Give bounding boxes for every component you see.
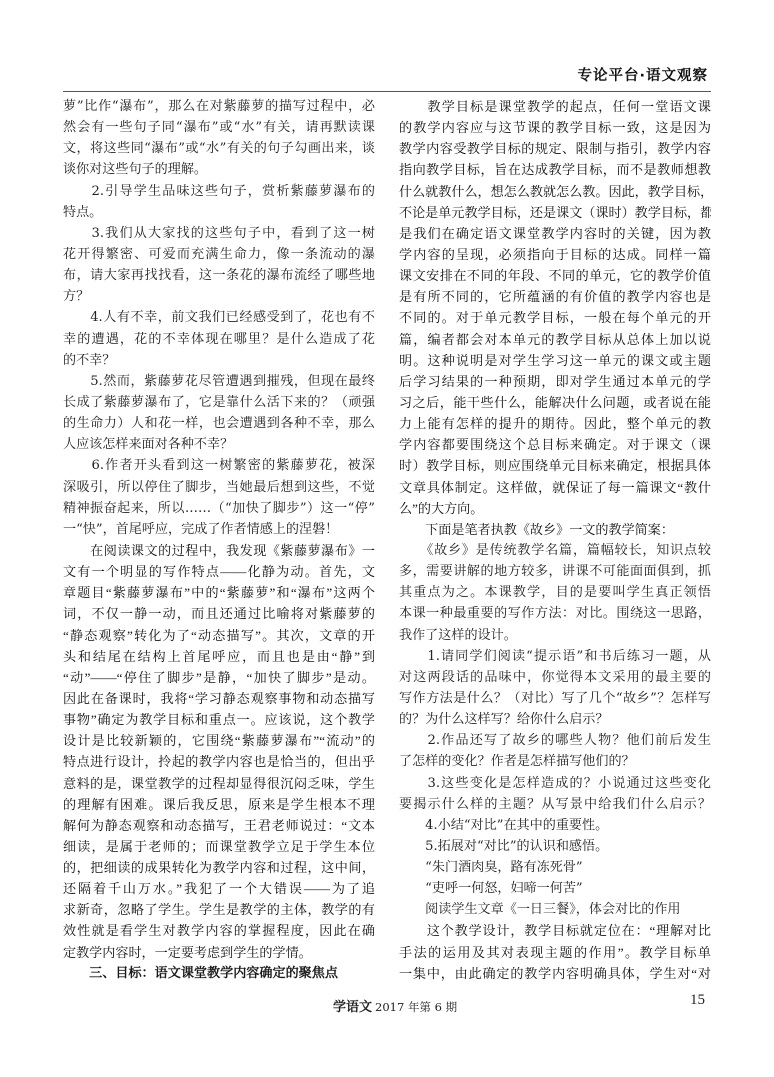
text-line: 的，把细读的成果转化为教学内容和过程，这中间， [63,857,375,878]
text-line: 文有一个明显的写作特点——化静为动。首先，文 [63,561,375,582]
text-line: 求新奇，忽略了学生。学生是教学的主体，教学的有 [63,899,375,920]
text-line: “静态观察”转化为了“动态描写”。其次，文章的开 [63,625,375,646]
text-line: 不同的。对于单元教学目标，一般在每个单元的开 [399,307,711,328]
text-line: 词，不仅一静一动，而且还通过比喻将对紫藤萝的 [63,603,375,624]
text-line: 头和结尾在结构上首尾呼应，而且也是由“静”到 [63,646,375,667]
text-line: 5.然而，紫藤萝花尽管遭遇到摧残，但现在最终 [63,371,375,392]
text-line: 对这两段话的品味中，你觉得本文采用的最主要的 [399,667,711,688]
text-line: 要揭示什么样的主题？从写景中给我们什么启示？ [399,794,711,815]
text-line: “吏呼一何怒，妇啼一何苦” [399,878,711,899]
journal-name: 学语文 [333,1000,372,1015]
text-line: 解何为静态观察和动态描写，王君老师说过：“文本 [63,815,375,836]
text-line: 文章具体制定。这样做，就保证了每一篇课文“教什 [399,477,711,498]
text-line: 方？ [63,286,375,307]
text-line: 么”的大方向。 [399,498,711,519]
text-line: 长成了紫藤萝瀑布了，它是靠什么活下来的？（顽强 [63,392,375,413]
text-line: 这个教学设计，教学目标就定位在：“理解对比 [399,920,711,941]
text-line: 章题目“紫藤萝瀑布”中的“紫藤萝”和“瀑布”这两个 [63,582,375,603]
text-line: 3.这些变化是怎样造成的？小说通过这些变化 [399,773,711,794]
text-line: 手法的运用及其对表现主题的作用”。教学目标单 [399,942,711,963]
text-line: 深吸引，所以停住了脚步，当她最后想到这些，不觉 [63,477,375,498]
text-line: 教学目标是课堂教学的起点，任何一堂语文课 [399,96,711,117]
text-line: 2.作品还写了故乡的哪些人物？他们前后发生 [399,730,711,751]
text-line: 的生命力）人和花一样，也会遭遇到各种不幸，那么 [63,413,375,434]
text-line: 《故乡》是传统教学名篇，篇幅较长，知识点较 [399,540,711,561]
text-line: 明。这种说明是对学生学习这一单元的课文或主题 [399,350,711,371]
text-line: 谈你对这些句子的理解。 [63,159,375,180]
text-line: 是有所不同的，它所蕴涵的有价值的教学内容也是 [399,286,711,307]
text-line: 1.请同学们阅读“提示语”和书后练习一题，从 [399,646,711,667]
text-line: 文，将这些同“瀑布”或“水”有关的句子勾画出来，谈 [63,138,375,159]
text-line: 阅读学生文章《一日三餐》，体会对比的作用 [399,899,711,920]
text-line: 精神振奋起来，所以……（“加快了脚步”）这一“停” [63,498,375,519]
text-line: 4.小结“对比”在其中的重要性。 [399,815,711,836]
text-line: 一“快”，首尾呼应，完成了作者情感上的涅磐！ [63,519,375,540]
page-number: 15 [690,992,705,1009]
text-line: 什么就教什么，想怎么教就怎么教。因此，教学目标， [399,181,711,202]
header-rule [63,91,711,92]
text-line: 细读，是属于老师的；而课堂教学立足于学生本位 [63,836,375,857]
text-line: “朱门酒肉臭，路有冻死骨” [399,857,711,878]
text-line: 人应该怎样来面对各种不幸？ [63,434,375,455]
issue-label: 2017 年第 6 期 [375,1000,457,1014]
text-line: 是我们在确定语文课堂教学内容时的关键，因为教 [399,223,711,244]
text-line: “动”——“停住了脚步”是静，“加快了脚步”是动。 [63,667,375,688]
text-line: 特点进行设计，拎起的教学内容也是恰当的，但出乎 [63,751,375,772]
text-line: 篇，编者都会对本单元的教学目标从总体上加以说 [399,329,711,350]
text-line: 教学内容受教学目标的规定、限制与指引，教学内容 [399,138,711,159]
text-line: 下面是笔者执教《故乡》一文的教学简案： [399,519,711,540]
text-line: 特点。 [63,202,375,223]
text-line: 事物”确定为教学目标和重点一。应该说，这个教学 [63,709,375,730]
text-line: 5.拓展对“对比”的认识和感悟。 [399,836,711,857]
text-line: 学内容都要围绕这个总目标来确定。对于课文（课 [399,434,711,455]
text-line: 不论是单元教学目标，还是课文（课时）教学目标，都 [399,202,711,223]
text-line: 意料的是，课堂教学的过程却显得很沉闷乏味，学生 [63,773,375,794]
text-line: 效性就是看学生对教学内容的掌握程度，因此在确 [63,920,375,941]
text-line: 3.我们从大家找的这些句子中，看到了这一树 [63,223,375,244]
left-column: 萝”比作“瀑布”，那么在对紫藤萝的描写过程中，必然会有一些句子同“瀑布”或“水”… [63,96,375,984]
text-line: 习之后，能干些什么，能解决什么问题，或者说在能 [399,392,711,413]
text-line: 花开得繁密、可爱而充满生命力，像一条流动的瀑 [63,244,375,265]
text-line: 我作了这样的设计。 [399,625,711,646]
text-line: 一集中，由此确定的教学内容明确具体，学生对“对 [399,963,711,984]
text-line: 的理解有困难。课后我反思，原来是学生根本不理 [63,794,375,815]
text-line: 其重点为之。本课教学，目的是要叫学生真正领悟 [399,582,711,603]
text-line: 定教学内容时，一定要考虑到学生的学情。 [63,942,375,963]
text-line: 然会有一些句子同“瀑布”或“水”有关，请再默读课 [63,117,375,138]
text-line: 课文安排在不同的年段、不同的单元，它的教学价值 [399,265,711,286]
footer-journal: 学语文2017 年第 6 期 [333,996,457,1015]
text-line: 还隔着千山万水。”我犯了一个大错误——为了追 [63,878,375,899]
text-line: 时）教学目标，则应围绕单元目标来确定，根据具体 [399,455,711,476]
text-line: 的不幸？ [63,350,375,371]
text-line: 后学习结果的一种预期，即对学生通过本单元的学 [399,371,711,392]
text-line: 力上能有怎样的提升的期待。因此，整个单元的教 [399,413,711,434]
text-line: 学内容的呈现，必须指向于目标的达成。同样一篇 [399,244,711,265]
text-line: 的？为什么这样写？给你什么启示？ [399,709,711,730]
text-line: 的教学内容应与这节课的教学目标一致，这是因为 [399,117,711,138]
text-line: 多，需要讲解的地方较多，讲课不可能面面俱到，抓 [399,561,711,582]
text-line: 写作方法是什么？（对比）写了几个“故乡”？怎样写 [399,688,711,709]
text-line: 指向教学目标，旨在达成教学目标，而不是教师想教 [399,159,711,180]
right-column: 教学目标是课堂教学的起点，任何一堂语文课的教学内容应与这节课的教学目标一致，这是… [399,96,711,984]
text-line: 幸的遭遇，花的不幸体现在哪里？是什么造成了花 [63,329,375,350]
text-line: 本课一种最重要的写作方法：对比。围绕这一思路， [399,603,711,624]
text-line: 2.引导学生品味这些句子，赏析紫藤萝瀑布的 [63,181,375,202]
text-line: 6.作者开头看到这一树繁密的紫藤萝花，被深 [63,455,375,476]
text-line: 设计是比较新颖的，它围绕“紫藤萝瀑布”“流动”的 [63,730,375,751]
text-line: 了怎样的变化？作者是怎样描写他们的？ [399,751,711,772]
text-line: 因此在备课时，我将“学习静态观察事物和动态描写 [63,688,375,709]
section-title: 专论平台·语文观察 [577,64,708,85]
text-line: 4.人有不幸，前文我们已经感受到了，花也有不 [63,307,375,328]
text-line: 萝”比作“瀑布”，那么在对紫藤萝的描写过程中，必 [63,96,375,117]
text-line: 布，请大家再找找看，这一条花的瀑布流经了哪些地 [63,265,375,286]
text-line: 在阅读课文的过程中，我发现《紫藤萝瀑布》一 [63,540,375,561]
section-heading: 三、目标：语文课堂教学内容确定的聚焦点 [63,963,375,984]
